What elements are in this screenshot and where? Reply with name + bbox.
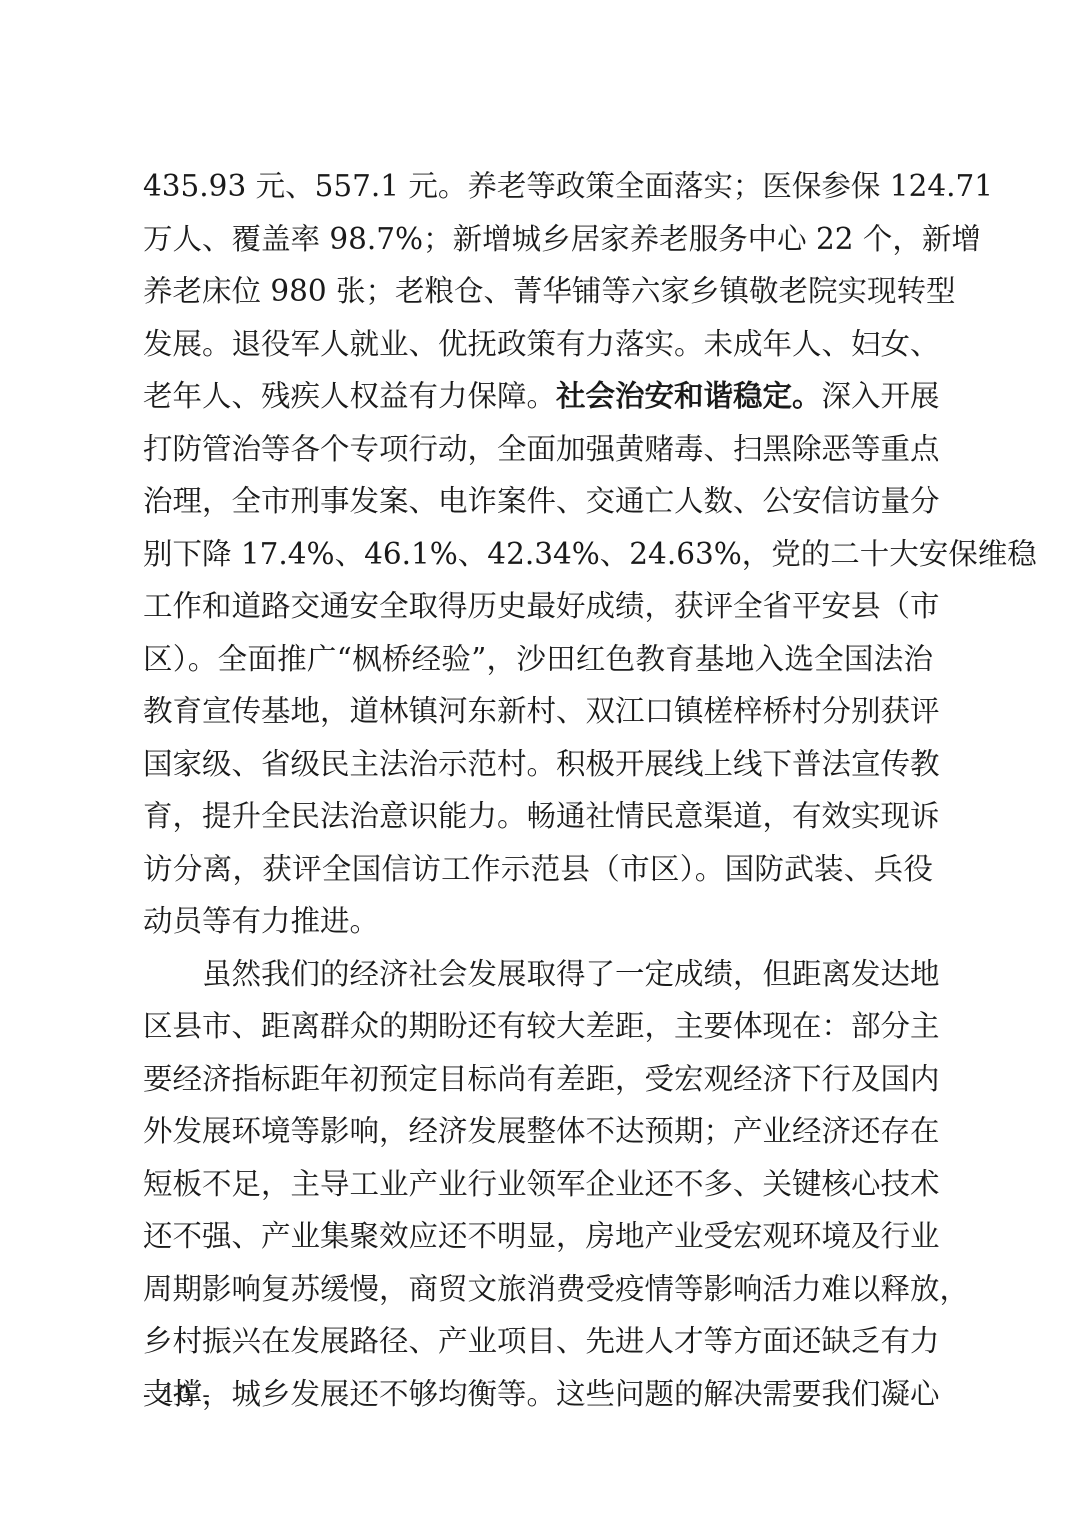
text-line: 别下降 17.4%、46.1%、42.34%、24.63%，党的二十大安保维稳 <box>143 528 933 581</box>
text-line: 支撑，城乡发展还不够均衡等。这些问题的解决需要我们凝心 <box>143 1368 933 1421</box>
text-line: 要经济指标距年初预定目标尚有差距，受宏观经济下行及国内 <box>143 1053 933 1106</box>
text-segment: 老年人、残疾人权益有力保障。 <box>143 379 556 413</box>
text-line-with-heading: 老年人、残疾人权益有力保障。社会治安和谐稳定。深入开展 <box>143 370 933 423</box>
inline-heading: 社会治安和谐稳定。 <box>556 379 822 413</box>
text-line: 还不强、产业集聚效应还不明显，房地产业受宏观环境及行业 <box>143 1210 933 1263</box>
text-line: 养老床位 980 张；老粮仓、菁华铺等六家乡镇敬老院实现转型 <box>143 265 933 318</box>
text-line: 外发展环境等影响，经济发展整体不达预期；产业经济还存在 <box>143 1105 933 1158</box>
text-line: 治理，全市刑事发案、电诈案件、交通亡人数、公安信访量分 <box>143 475 933 528</box>
text-line: 周期影响复苏缓慢，商贸文旅消费受疫情等影响活力难以释放， <box>143 1263 933 1316</box>
text-line: 教育宣传基地，道林镇河东新村、双江口镇槎梓桥村分别获评 <box>143 685 933 738</box>
text-line: 虽然我们的经济社会发展取得了一定成绩，但距离发达地 <box>143 948 933 1001</box>
text-line: 乡村振兴在发展路径、产业项目、先进人才等方面还缺乏有力 <box>143 1315 933 1368</box>
text-line: 工作和道路交通安全取得历史最好成绩，获评全省平安县（市 <box>143 580 933 633</box>
text-line: 打防管治等各个专项行动，全面加强黄赌毒、扫黑除恶等重点 <box>143 423 933 476</box>
document-page: 435.93 元、557.1 元。养老等政策全面落实；医保参保 124.71 万… <box>0 0 1074 1520</box>
text-segment: 深入开展 <box>822 379 940 413</box>
text-line: 区县市、距离群众的期盼还有较大差距，主要体现在：部分主 <box>143 1000 933 1053</box>
page-number: - 10 - <box>143 1383 212 1408</box>
body-text: 435.93 元、557.1 元。养老等政策全面落实；医保参保 124.71 万… <box>143 160 933 1420</box>
text-line: 发展。退役军人就业、优抚政策有力落实。未成年人、妇女、 <box>143 318 933 371</box>
text-line: 万人、覆盖率 98.7%；新增城乡居家养老服务中心 22 个，新增 <box>143 213 933 266</box>
text-line: 435.93 元、557.1 元。养老等政策全面落实；医保参保 124.71 <box>143 160 933 213</box>
text-line: 国家级、省级民主法治示范村。积极开展线上线下普法宣传教 <box>143 738 933 791</box>
text-line: 访分离，获评全国信访工作示范县（市区）。国防武装、兵役 <box>143 843 933 896</box>
text-line: 区）。全面推广“枫桥经验”，沙田红色教育基地入选全国法治 <box>143 633 933 686</box>
text-line: 动员等有力推进。 <box>143 895 933 948</box>
text-line: 育，提升全民法治意识能力。畅通社情民意渠道，有效实现诉 <box>143 790 933 843</box>
text-line: 短板不足，主导工业产业行业领军企业还不多、关键核心技术 <box>143 1158 933 1211</box>
